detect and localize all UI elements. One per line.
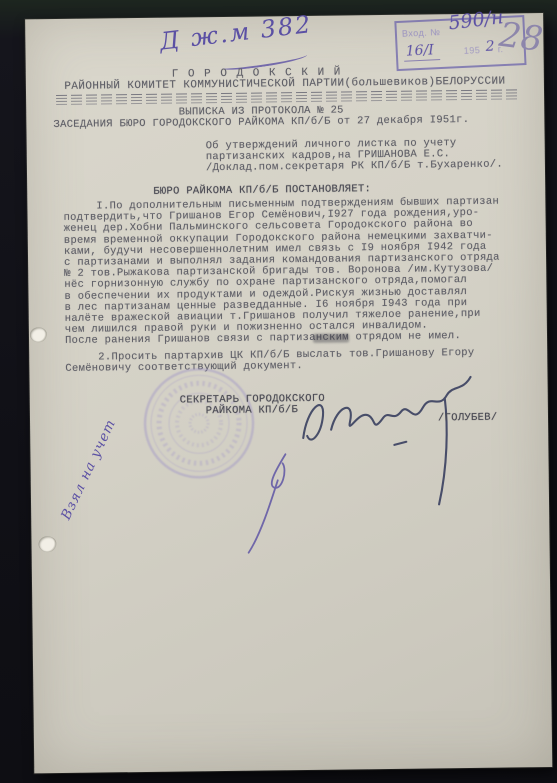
- entry-stamp-year-prefix: 195: [464, 45, 481, 56]
- entry-stamp-year-handwritten: 2: [485, 38, 495, 54]
- subject-block: Об утверждений личного листка по учету п…: [206, 137, 536, 175]
- document-paper: Д ж.м 382 Вход. № 590/н 16/I 195 2 г. 28…: [25, 13, 552, 773]
- signature-autograph: [294, 364, 486, 516]
- entry-stamp-date: 16/I: [403, 42, 440, 62]
- margin-note-handwritten: Взял на учет: [58, 417, 119, 523]
- punch-hole-top: [30, 327, 47, 342]
- subject-line-3: /Доклад.пом.секретаря РК КП/б/Б т.Бухаре…: [206, 160, 536, 175]
- signature-name-typed: /ГОЛУБЕВ/: [438, 413, 498, 425]
- punch-hole-bottom: [38, 536, 56, 552]
- entry-stamp-label: Вход. №: [402, 27, 441, 39]
- entry-stamp-number: 590/н: [447, 6, 504, 34]
- handwritten-registration-number: Д ж.м 382: [158, 10, 314, 56]
- page-number-note: 28: [497, 15, 545, 60]
- ink-flourish: [235, 446, 306, 557]
- photo-background: Д ж.м 382 Вход. № 590/н 16/I 195 2 г. 28…: [0, 0, 557, 783]
- overtype-smudge: [313, 333, 349, 342]
- body-paragraph-1: I.По дополнительным письменным подтвержд…: [63, 197, 500, 348]
